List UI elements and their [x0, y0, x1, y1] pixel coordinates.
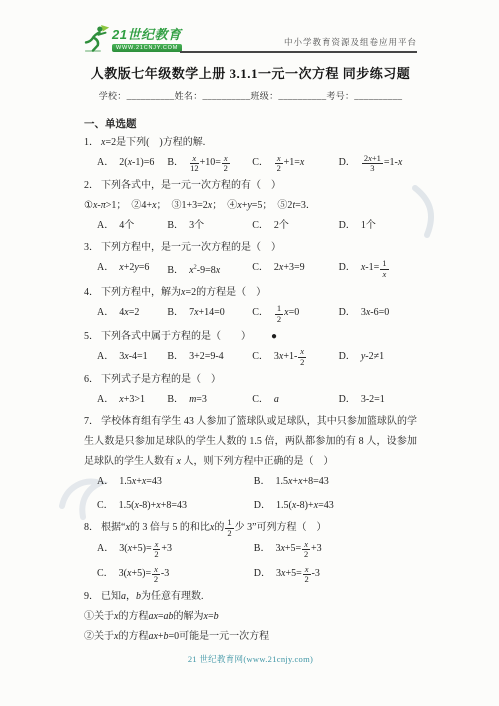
- question-subline: ①x-π>1； ②4+x； ③1+3=2x； ④x+y=5； ⑤2t=3．: [84, 196, 417, 216]
- option-C: C．2x+3=9: [252, 258, 338, 281]
- option-label: B．: [167, 307, 184, 318]
- option-label: C．: [252, 157, 269, 168]
- question-text: 下列方程中，是一元一次方程的是（ ）: [101, 242, 281, 253]
- options-row: A．2(x-1)=6B．x12+10=x2C．x2+1=xD．2x+13=1-x: [97, 153, 417, 174]
- option-label: A．: [97, 157, 114, 168]
- option-label: A．: [97, 307, 114, 318]
- logo: 21世纪教育 www.21cnjy.com: [84, 23, 180, 53]
- question-number: 5．: [84, 331, 99, 342]
- question-7: 7．学校体育组有学生 43 人参加了篮球队或足球队，其中只参加篮球队的学生人数是…: [84, 412, 417, 516]
- option-label: D．: [254, 500, 271, 511]
- option-label: C．: [252, 220, 269, 231]
- option-D: D．3-2=1: [339, 390, 417, 410]
- question-list: 1．x=2是下列( )方程的解.A．2(x-1)=6B．x12+10=x2C．x…: [84, 133, 417, 647]
- fraction: x2: [302, 540, 310, 561]
- runner-icon: [84, 23, 110, 53]
- option-label: A．: [97, 351, 114, 362]
- option-C: C．a: [252, 390, 338, 410]
- option-A: A．4x=2: [97, 303, 167, 324]
- option-label: B．: [167, 157, 184, 168]
- option-B: B．x2-9=8x: [167, 258, 252, 281]
- question-stem: 1．x=2是下列( )方程的解.: [84, 133, 417, 153]
- question-subline: ①关于x的方程ax=ab的解为x=b: [84, 607, 417, 627]
- fraction: x2: [153, 540, 161, 561]
- option-label: C．: [97, 500, 114, 511]
- option-label: D．: [339, 307, 356, 318]
- option-A: A．3(x+5)=x2+3: [97, 539, 254, 560]
- fraction: x2: [275, 154, 283, 175]
- option-value: x+2y=6: [119, 262, 149, 273]
- question-stem: 4．下列方程中，解为x=2的方程是（ ）: [84, 283, 417, 303]
- fraction: 2x+13: [362, 154, 383, 175]
- option-A: A．4个: [97, 216, 167, 236]
- options-row: A．x+3>1B．m=3C．aD．3-2=1: [97, 390, 417, 410]
- option-value: 2x+3=9: [274, 262, 305, 273]
- option-value: 3(x+5)=x2-3: [119, 568, 170, 579]
- option-value: 3x-4=1: [119, 351, 147, 362]
- question-text: x=2是下列( )方程的解.: [101, 137, 205, 148]
- worksheet-page: 21世纪教育 www.21cnjy.com 中小学教育资源及组卷应用平台 人教版…: [0, 0, 499, 706]
- question-text: 已知a，b为任意有理数.: [101, 591, 204, 602]
- question-number: 8．: [84, 522, 99, 533]
- question-8: 8．根据“x的 3 倍与 5 的和比x的12少 3”可列方程（ ）A．3(x+5…: [84, 518, 417, 585]
- option-value: 3x+5=x2-3: [276, 568, 320, 579]
- option-D: D．x-1=1x: [339, 258, 417, 281]
- option-B: B．1.5x+x+8=43: [254, 472, 417, 492]
- option-value: 1.5x+x+8=43: [275, 476, 328, 487]
- option-label: B．: [167, 394, 184, 405]
- question-6: 6．下列式子是方程的是（ ）A．x+3>1B．m=3C．aD．3-2=1: [84, 370, 417, 410]
- option-label: D．: [339, 262, 356, 273]
- option-value: 4个: [119, 220, 134, 231]
- question-stem: 5．下列各式中属于方程的是（ ）●: [84, 327, 417, 347]
- option-label: C．: [252, 394, 269, 405]
- header: 21世纪教育 www.21cnjy.com 中小学教育资源及组卷应用平台: [84, 15, 417, 53]
- question-subline: ②关于x的方程ax+b=0可能是一元一次方程: [84, 627, 417, 647]
- option-A: A．x+3>1: [97, 390, 167, 410]
- question-number: 6．: [84, 374, 99, 385]
- option-value: x-1=1x: [361, 262, 390, 273]
- option-value: 2(x-1)=6: [119, 157, 154, 168]
- option-label: A．: [97, 543, 114, 554]
- option-C: C．2个: [252, 216, 338, 236]
- header-rule: 中小学教育资源及组卷应用平台: [180, 10, 417, 53]
- option-C: C．x2+1=x: [252, 153, 338, 174]
- option-label: B．: [167, 220, 184, 231]
- option-B: B．3+2=9-4: [167, 347, 252, 368]
- option-value: 1.5(x-8)+x=43: [276, 500, 334, 511]
- fraction: 1x: [380, 259, 388, 280]
- option-label: A．: [97, 262, 114, 273]
- platform-tagline: 中小学教育资源及组卷应用平台: [284, 36, 417, 48]
- option-value: 2个: [274, 220, 289, 231]
- question-stem: 3．下列方程中，是一元一次方程的是（ ）: [84, 238, 417, 258]
- option-value: m=3: [189, 394, 207, 405]
- option-A: A．x+2y=6: [97, 258, 167, 281]
- option-label: B．: [254, 543, 271, 554]
- option-A: A．3x-4=1: [97, 347, 167, 368]
- option-value: 4x=2: [119, 307, 139, 318]
- option-label: B．: [167, 265, 184, 276]
- fraction: x2: [152, 565, 160, 586]
- fraction: x2: [298, 347, 306, 368]
- options-row: A．4x=2B．7x+14=0C．12x=0D．3x-6=0: [97, 303, 417, 324]
- option-value: 1个: [361, 220, 376, 231]
- page-title: 人教版七年级数学上册 3.1.1一元一次方程 同步练习题: [84, 63, 417, 82]
- option-label: D．: [254, 568, 271, 579]
- student-info-line: 学校：__________姓名：__________班级：__________考…: [84, 89, 417, 102]
- option-value: a: [274, 394, 279, 405]
- options-row: A．x+2y=6B．x2-9=8xC．2x+3=9D．x-1=1x: [97, 258, 417, 281]
- option-label: B．: [167, 351, 184, 362]
- question-5: 5．下列各式中属于方程的是（ ）●A．3x-4=1B．3+2=9-4C．3x+1…: [84, 327, 417, 368]
- option-D: D．1个: [339, 216, 417, 236]
- section-heading: 一、单选题: [84, 116, 417, 131]
- option-value: 1.5x+x=43: [119, 476, 162, 487]
- question-text: 下列方程中，解为x=2的方程是（ ）: [101, 287, 266, 298]
- option-B: B．3个: [167, 216, 252, 236]
- question-stem: 6．下列式子是方程的是（ ）: [84, 370, 417, 390]
- option-D: D．2x+13=1-x: [339, 153, 417, 174]
- option-value: 3个: [189, 220, 204, 231]
- option-A: A．2(x-1)=6: [97, 153, 167, 174]
- option-C: C．3x+1-x2: [252, 347, 338, 368]
- fraction: x12: [190, 154, 199, 175]
- option-D: D．1.5(x-8)+x=43: [254, 496, 417, 516]
- option-B: B．7x+14=0: [167, 303, 252, 324]
- question-text: 下列各式中，是一元一次方程的有（ ）: [101, 180, 281, 191]
- option-label: C．: [252, 351, 269, 362]
- option-B: B．m=3: [167, 390, 252, 410]
- option-value: 3(x+5)=x2+3: [119, 543, 172, 554]
- option-D: D．3x+5=x2-3: [254, 564, 417, 585]
- option-label: D．: [339, 351, 356, 362]
- fraction: 12: [225, 518, 233, 539]
- option-value: y-2≠1: [361, 351, 384, 362]
- fraction: x2: [222, 154, 230, 175]
- option-value: x2-9=8x: [189, 265, 220, 276]
- question-1: 1．x=2是下列( )方程的解.A．2(x-1)=6B．x12+10=x2C．x…: [84, 133, 417, 174]
- footer-site-link: 21 世纪教育网(www.21cnjy.com): [84, 653, 417, 665]
- question-number: 7．: [84, 416, 99, 427]
- question-number: 2．: [84, 180, 99, 191]
- question-2: 2．下列各式中，是一元一次方程的有（ ）①x-π>1； ②4+x； ③1+3=2…: [84, 176, 417, 236]
- options-row: A．3(x+5)=x2+3B．3x+5=x2+3C．3(x+5)=x2-3D．3…: [97, 539, 417, 585]
- option-C: C．12x=0: [252, 303, 338, 324]
- option-label: D．: [339, 394, 356, 405]
- option-C: C．1.5(x-8)+x+8=43: [97, 496, 254, 516]
- question-stem: 2．下列各式中，是一元一次方程的有（ ）: [84, 176, 417, 196]
- question-9: 9．已知a，b为任意有理数.①关于x的方程ax=ab的解为x=b②关于x的方程a…: [84, 587, 417, 647]
- option-label: A．: [97, 476, 114, 487]
- option-D: D．3x-6=0: [339, 303, 417, 324]
- option-value: 3x+5=x2+3: [275, 543, 321, 554]
- option-B: B．x12+10=x2: [167, 153, 252, 174]
- option-value: x2+1=x: [274, 157, 305, 168]
- options-row: A．4个B．3个C．2个D．1个: [97, 216, 417, 236]
- question-stem: 7．学校体育组有学生 43 人参加了篮球队或足球队，其中只参加篮球队的学生人数是…: [84, 412, 417, 472]
- options-row: A．1.5x+x=43B．1.5x+x+8=43C．1.5(x-8)+x+8=4…: [97, 472, 417, 516]
- option-value: 1.5(x-8)+x+8=43: [119, 500, 187, 511]
- question-number: 9．: [84, 591, 99, 602]
- question-text: 下列各式中属于方程的是（ ）: [101, 331, 251, 342]
- option-value: 7x+14=0: [189, 307, 225, 318]
- question-text: 根据“x的 3 倍与 5 的和比x的12少 3”可列方程（ ）: [101, 522, 327, 533]
- question-number: 1．: [84, 137, 99, 148]
- options-row: A．3x-4=1B．3+2=9-4C．3x+1-x2D．y-2≠1: [97, 347, 417, 368]
- option-value: x12+10=x2: [189, 157, 231, 168]
- option-value: x+3>1: [119, 394, 145, 405]
- fraction: x2: [303, 565, 311, 586]
- option-value: 3-2=1: [361, 394, 385, 405]
- question-stem: 8．根据“x的 3 倍与 5 的和比x的12少 3”可列方程（ ）: [84, 518, 417, 539]
- option-value: 3x-6=0: [361, 307, 389, 318]
- option-label: A．: [97, 394, 114, 405]
- option-label: D．: [339, 220, 356, 231]
- option-D: D．y-2≠1: [339, 347, 417, 368]
- option-label: B．: [254, 476, 271, 487]
- question-text: 下列式子是方程的是（ ）: [101, 374, 221, 385]
- question-stem: 9．已知a，b为任意有理数.: [84, 587, 417, 607]
- option-label: A．: [97, 220, 114, 231]
- logo-text: 21世纪教育 www.21cnjy.com: [112, 24, 182, 52]
- option-B: B．3x+5=x2+3: [254, 539, 417, 560]
- fraction: 12: [275, 304, 283, 325]
- option-label: C．: [97, 568, 114, 579]
- option-label: C．: [252, 307, 269, 318]
- question-number: 4．: [84, 287, 99, 298]
- option-value: 3+2=9-4: [189, 351, 224, 362]
- option-A: A．1.5x+x=43: [97, 472, 254, 492]
- question-number: 3．: [84, 242, 99, 253]
- bullet-dot: ●: [271, 331, 277, 342]
- option-value: 3x+1-x2: [274, 351, 307, 362]
- question-3: 3．下列方程中，是一元一次方程的是（ ）A．x+2y=6B．x2-9=8xC．2…: [84, 238, 417, 281]
- option-C: C．3(x+5)=x2-3: [97, 564, 254, 585]
- option-label: C．: [252, 262, 269, 273]
- question-text: 学校体育组有学生 43 人参加了篮球队或足球队，其中只参加篮球队的学生人数是只参…: [84, 416, 417, 467]
- logo-url: www.21cnjy.com: [112, 44, 182, 52]
- option-value: 2x+13=1-x: [361, 157, 403, 168]
- question-4: 4．下列方程中，解为x=2的方程是（ ）A．4x=2B．7x+14=0C．12x…: [84, 283, 417, 324]
- option-value: 12x=0: [274, 307, 299, 318]
- brand-name: 21世纪教育: [112, 24, 182, 43]
- option-label: D．: [339, 157, 356, 168]
